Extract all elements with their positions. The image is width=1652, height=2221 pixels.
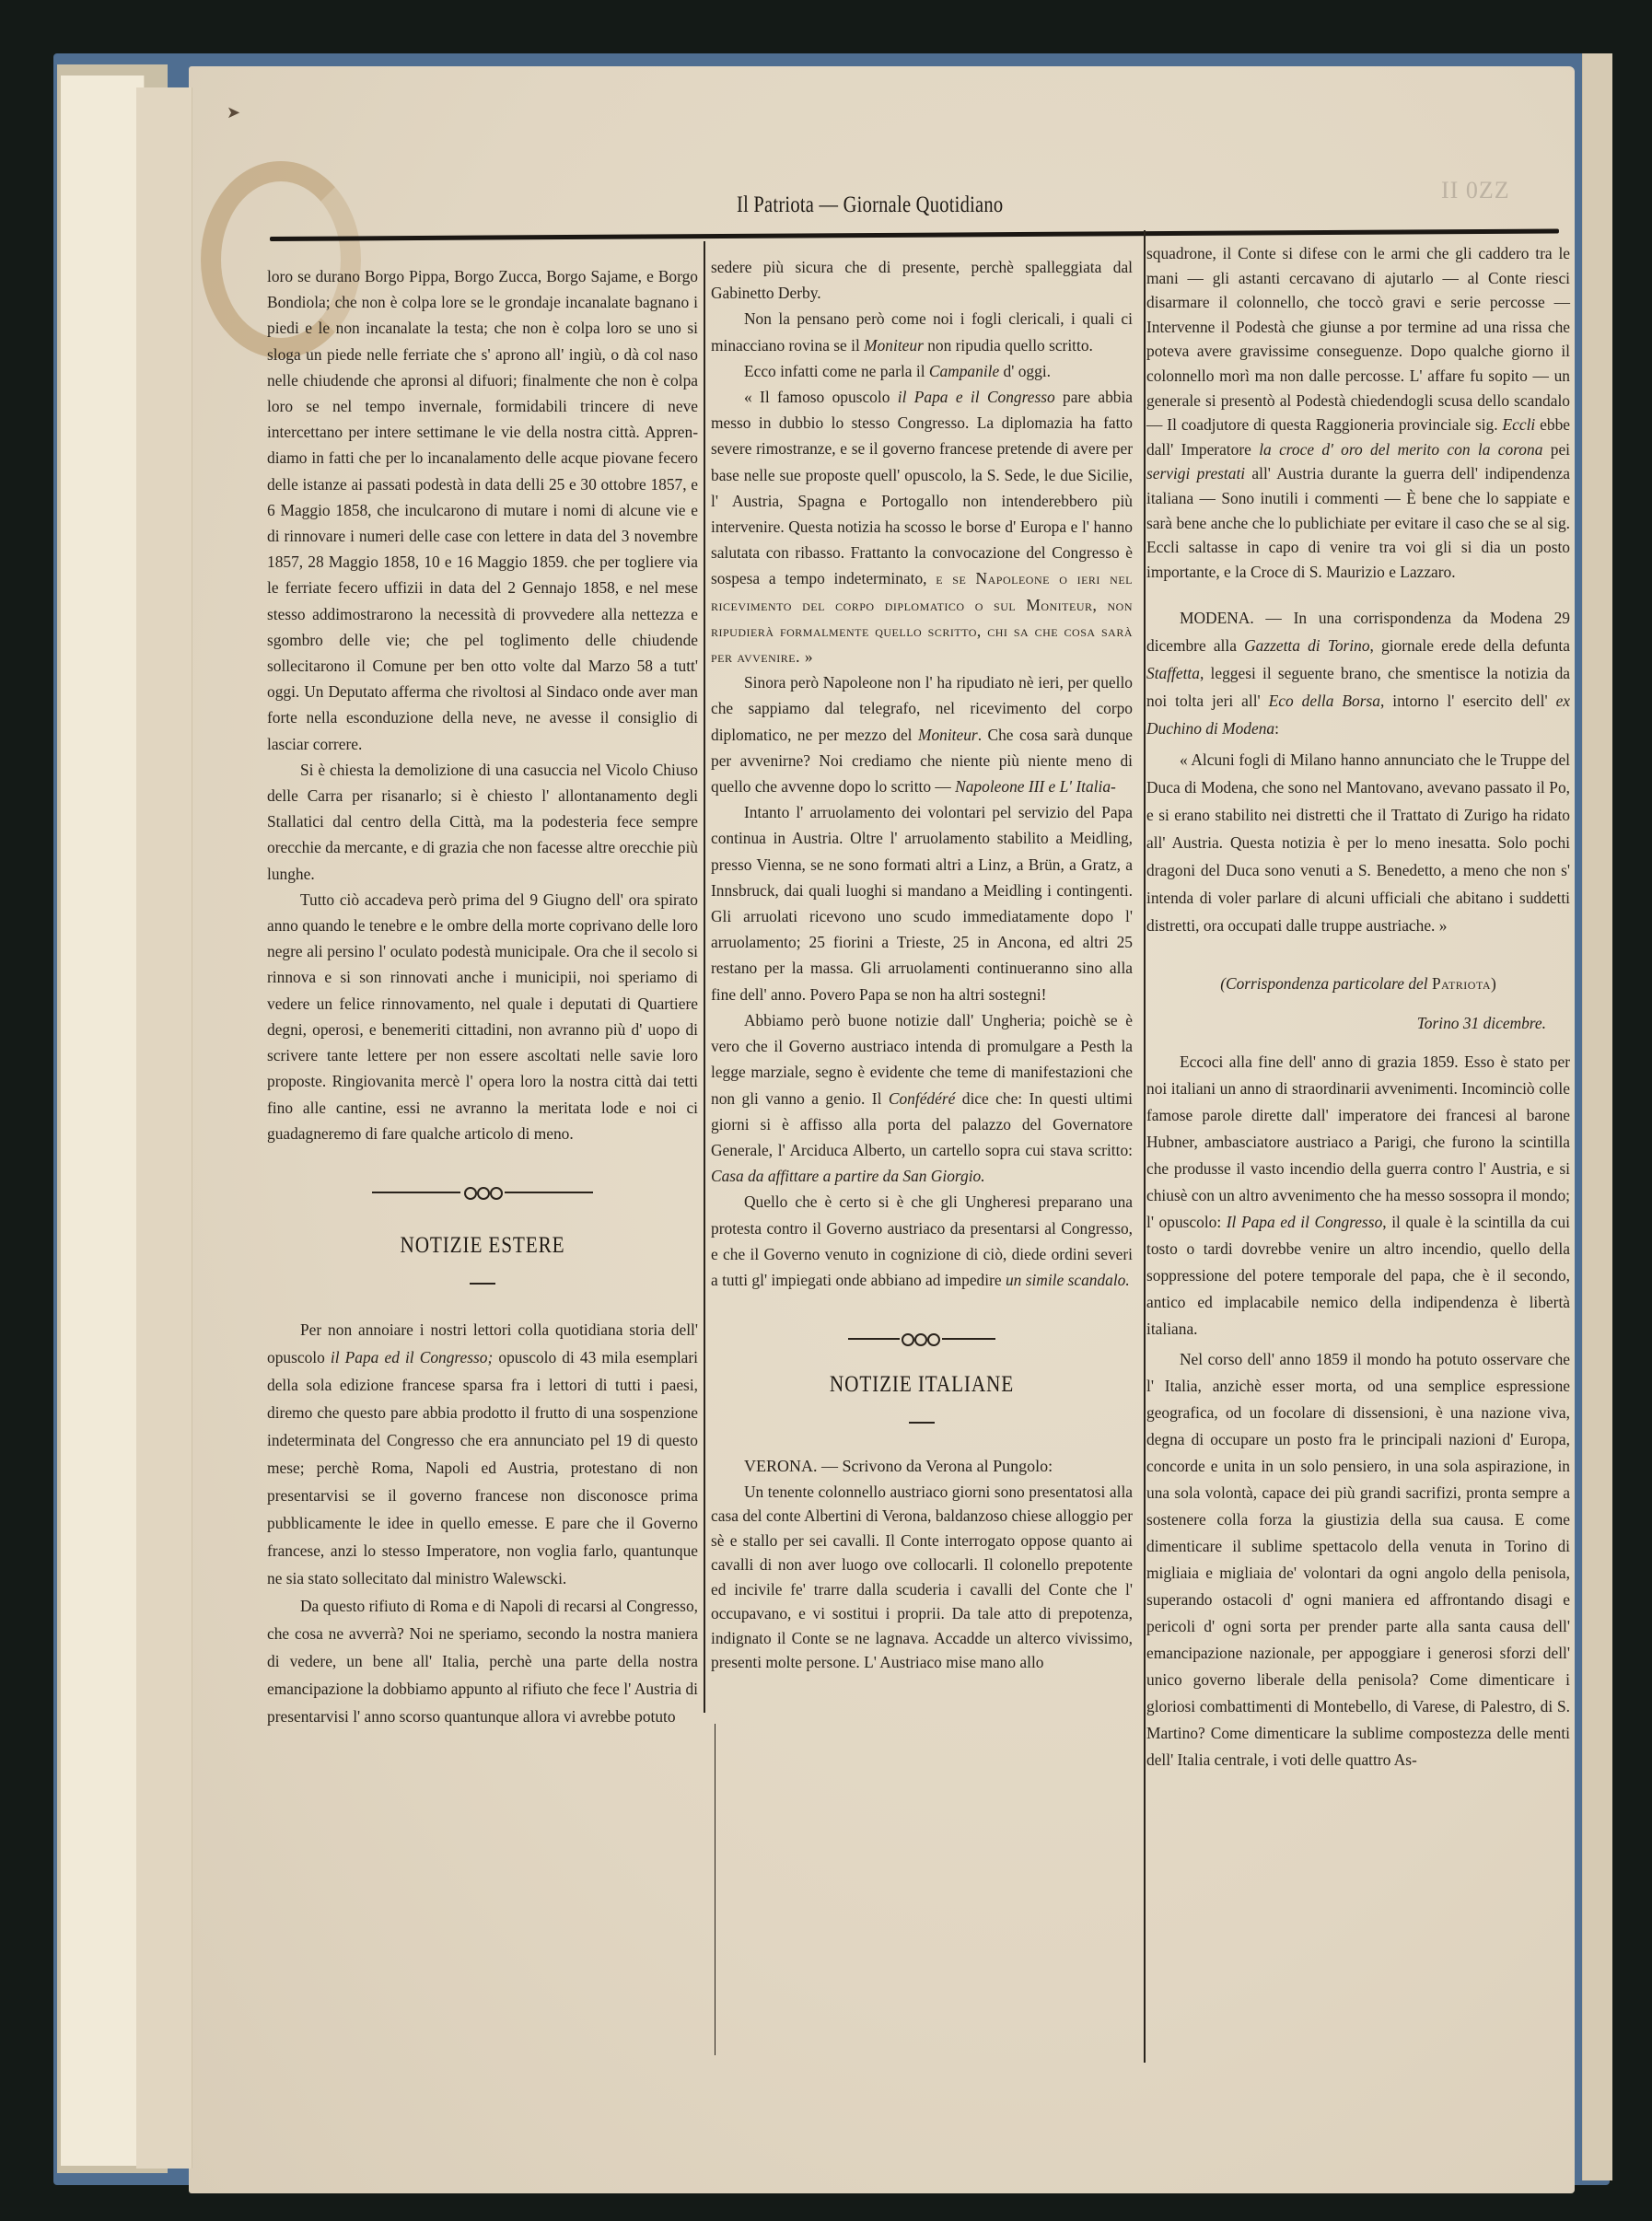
quoted-paragraph: « Alcuni fogli di Milano hanno annunciat… xyxy=(1146,746,1570,939)
article-paragraph: Ecco infatti come ne parla il Campanile … xyxy=(711,358,1133,384)
flyleaf xyxy=(61,76,145,2166)
ink-mark: ➤ xyxy=(227,103,240,122)
article-paragraph: squadrone, il Conte si difese con le arm… xyxy=(1146,241,1570,584)
section-title-notizie-italiane: NOTIZIE ITALIANE xyxy=(742,1372,1100,1398)
masthead-rule xyxy=(270,228,1559,241)
column-rule-2 xyxy=(1144,230,1146,2063)
article-paragraph: MODENA. — In una corrispondenza da Moden… xyxy=(1146,604,1570,742)
section-title-notizie-estere: NOTIZIE ESTERE xyxy=(299,1233,666,1259)
section-ornament xyxy=(372,1183,593,1202)
column-1: loro se durano Borgo Pippa, Borgo Zucca,… xyxy=(267,263,698,1730)
quoted-paragraph: « Il famoso opuscolo il Papa e il Congre… xyxy=(711,384,1133,669)
column-rule-1 xyxy=(704,241,705,1713)
section-ornament xyxy=(848,1330,995,1348)
article-paragraph: Tutto ciò accadeva però prima del 9 Giug… xyxy=(267,887,698,1146)
article-paragraph: Da questo rifiuto di Roma e di Napoli di… xyxy=(267,1592,698,1730)
article-paragraph: Abbiamo però buone notizie dall' Ungheri… xyxy=(711,1007,1133,1189)
article-paragraph: Nel corso dell' anno 1859 il mondo ha po… xyxy=(1146,1346,1570,1773)
binding-stub xyxy=(136,87,192,2169)
masthead-title: Il Patriota — Giornale Quotidiano xyxy=(737,192,1003,218)
article-paragraph: Per non annoiare i nostri lettori colla … xyxy=(267,1316,698,1592)
article-paragraph: Si è chiesta la demolizione di una casuc… xyxy=(267,757,698,887)
correspondence-credit: (Corrispondenza particolare del Patriota… xyxy=(1146,971,1570,996)
article-paragraph: Un tenente colonnello austriaco giorni s… xyxy=(711,1480,1133,1675)
dateline-torino: Torino 31 dicembre. xyxy=(1146,1010,1570,1036)
column-3: squadrone, il Conte si difese con le arm… xyxy=(1146,241,1570,1773)
article-paragraph: Non la pensano però come noi i fogli cle… xyxy=(711,306,1133,357)
article-paragraph: Sinora però Napoleone non l' ha ripudiat… xyxy=(711,669,1133,799)
column-rule-1b xyxy=(715,1724,715,2055)
article-paragraph: Eccoci alla fine dell' anno di grazia 18… xyxy=(1146,1049,1570,1343)
next-page-edge xyxy=(1582,53,1612,2180)
dateline-verona: VERONA. — Scrivono da Verona al Pungolo: xyxy=(711,1453,1133,1479)
article-paragraph: loro se durano Borgo Pippa, Borgo Zucca,… xyxy=(267,263,698,757)
column-2: sedere più sicura che di presente, perch… xyxy=(711,254,1133,1675)
article-paragraph: Intanto l' arruolamento dei volontari pe… xyxy=(711,799,1133,1007)
article-paragraph: sedere più sicura che di presente, perch… xyxy=(711,254,1133,306)
article-paragraph: Quello che è certo si è che gli Ungheres… xyxy=(711,1189,1133,1293)
